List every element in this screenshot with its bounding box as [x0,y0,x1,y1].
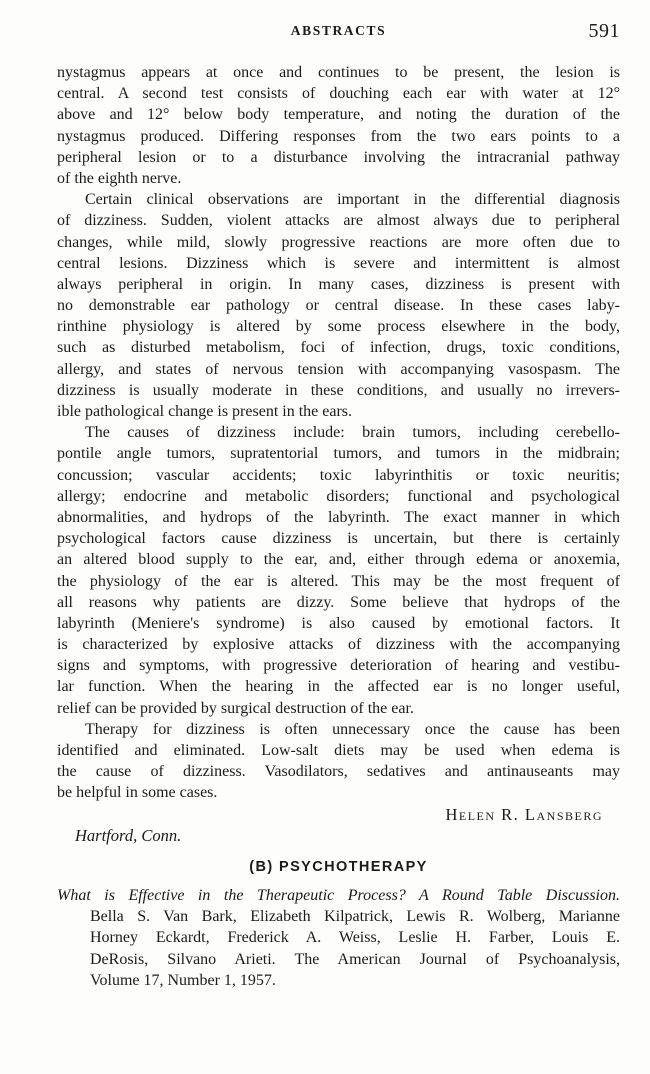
text-line: relief can be provided by surgical destr… [57,698,620,719]
text-line: Bella S. Van Bark, Elizabeth Kilpatrick,… [90,906,620,927]
text-line: all reasons why patients are dizzy. Some… [57,592,620,613]
text-line: psychological factors cause dizziness is… [57,528,620,549]
text-line: changes, while mild, slowly progressive … [57,232,620,253]
text-line: of the eighth nerve. [57,168,620,189]
text-line: pontile angle tumors, supratentorial tum… [57,443,620,464]
text-line: dizziness is usually moderate in these c… [57,380,620,401]
abstract-paragraph: Therapy for dizziness is often unnecessa… [57,719,620,804]
abstract-paragraph: nystagmus appears at once and continues … [57,62,620,189]
text-line: Certain clinical observations are import… [57,189,620,210]
text-line: central. A second test consists of douch… [57,83,620,104]
author-location: Hartford, Conn. [57,825,620,846]
reference-authors: Bella S. Van Bark, Elizabeth Kilpatrick,… [57,906,620,991]
text-line: lar function. When the hearing in the af… [57,676,620,697]
text-line: signs and symptoms, with progressive det… [57,655,620,676]
text-column: nystagmus appears at once and continues … [57,62,620,991]
text-line: abnormalities, and hydrops of the labyri… [57,507,620,528]
running-title: ABSTRACTS [57,21,620,41]
text-line: an altered blood supply to the ear, and,… [57,549,620,570]
text-line: nystagmus produced. Differing responses … [57,126,620,147]
text-line: the cause of dizziness. Vasodilators, se… [57,761,620,782]
abstract-paragraph: Certain clinical observations are import… [57,189,620,422]
text-line: allergy, and states of nervous tension w… [57,359,620,380]
text-line: nystagmus appears at once and continues … [57,62,620,83]
text-line: is characterized by explosive attacks of… [57,634,620,655]
text-line: the physiology of the ear is altered. Th… [57,571,620,592]
text-line: always peripheral in origin. In many cas… [57,274,620,295]
text-line: ible pathological change is present in t… [57,401,620,422]
text-line: of dizziness. Sudden, violent attacks ar… [57,210,620,231]
text-line: Volume 17, Number 1, 1957. [90,970,620,991]
text-line: above and 12° below body temperature, an… [57,104,620,125]
page-header: ABSTRACTS 591 [57,21,620,45]
text-line: be helpful in some cases. [57,782,620,803]
text-line: allergy; endocrine and metabolic disorde… [57,486,620,507]
text-line: central lesions. Dizziness which is seve… [57,253,620,274]
text-line: Therapy for dizziness is often unnecessa… [57,719,620,740]
text-line: identified and eliminated. Low-salt diet… [57,740,620,761]
abstract-paragraph: The causes of dizziness include: brain t… [57,422,620,719]
text-line: such as disturbed metabolism, foci of in… [57,337,620,358]
text-line: rinthine physiology is altered by some p… [57,316,620,337]
reference-entry: What is Effective in the Therapeutic Pro… [57,885,620,991]
journal-page: ABSTRACTS 591 nystagmus appears at once … [0,0,650,1074]
text-line: peripheral lesion or to a disturbance in… [57,147,620,168]
text-line: labyrinth (Meniere's syndrome) is also c… [57,613,620,634]
text-line: Horney Eckardt, Frederick A. Weiss, Lesl… [90,927,620,948]
text-line: The causes of dizziness include: brain t… [57,422,620,443]
text-line: concussion; vascular accidents; toxic la… [57,465,620,486]
author-signature: Helen R. Lansberg [57,804,620,825]
text-line: DeRosis, Silvano Arieti. The American Jo… [90,949,620,970]
text-line: no demonstrable ear pathology or central… [57,295,620,316]
reference-title: What is Effective in the Therapeutic Pro… [57,885,620,906]
page-number: 591 [589,21,621,41]
section-heading: (B) PSYCHOTHERAPY [57,858,620,877]
